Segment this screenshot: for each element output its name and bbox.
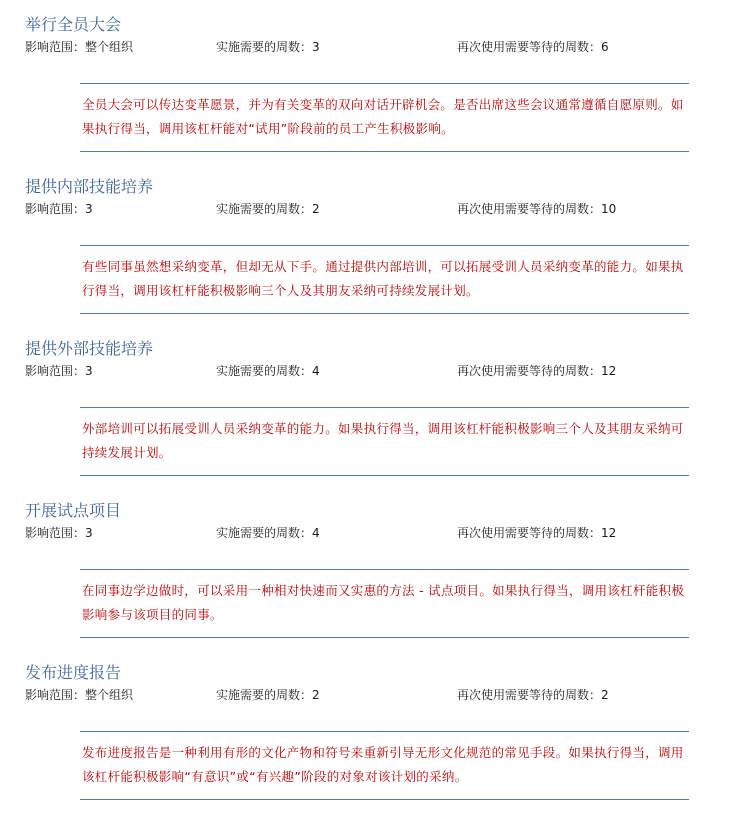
lever-title: 举行全员大会	[25, 15, 121, 35]
scope-field: 影响范围：整个组织	[25, 686, 133, 704]
impl-weeks-value: 2	[312, 688, 320, 702]
impl-weeks-value: 4	[312, 364, 320, 378]
lever-section-internal-training: 提供内部技能培养 影响范围：3 实施需要的周数：2 再次使用需要等待的周数：10…	[0, 162, 737, 324]
scope-value: 3	[85, 364, 93, 378]
lever-description: 外部培训可以拓展受训人员采纳变革的能力。如果执行得当，调用该杠杆能积极影响三个人…	[82, 417, 688, 465]
lever-section-pilot-project: 开展试点项目 影响范围：3 实施需要的周数：4 再次使用需要等待的周数：12 在…	[0, 486, 737, 648]
scope-value: 3	[85, 202, 93, 216]
lever-section-progress-report: 发布进度报告 影响范围：整个组织 实施需要的周数：2 再次使用需要等待的周数：2…	[0, 648, 737, 810]
divider-bottom	[80, 799, 689, 800]
lever-title: 开展试点项目	[25, 501, 121, 521]
impl-weeks-field: 实施需要的周数：4	[216, 362, 320, 380]
lever-meta: 影响范围：3 实施需要的周数：2 再次使用需要等待的周数：10	[0, 200, 737, 218]
divider-top	[80, 731, 689, 732]
divider-top	[80, 83, 689, 84]
scope-label: 影响范围：	[25, 40, 85, 54]
wait-weeks-label: 再次使用需要等待的周数：	[457, 688, 601, 702]
wait-weeks-value: 12	[601, 526, 616, 540]
impl-weeks-value: 3	[312, 40, 320, 54]
wait-weeks-label: 再次使用需要等待的周数：	[457, 526, 601, 540]
lever-description: 在同事边学边做时，可以采用一种相对快速而又实惠的方法 - 试点项目。如果执行得当…	[82, 579, 688, 627]
scope-label: 影响范围：	[25, 526, 85, 540]
wait-weeks-field: 再次使用需要等待的周数：12	[457, 362, 616, 380]
divider-bottom	[80, 151, 689, 152]
lever-description: 全员大会可以传达变革愿景，并为有关变革的双向对话开辟机会。是否出席这些会议通常遵…	[82, 93, 688, 141]
wait-weeks-field: 再次使用需要等待的周数：6	[457, 38, 609, 56]
divider-bottom	[80, 637, 689, 638]
lever-meta: 影响范围：整个组织 实施需要的周数：3 再次使用需要等待的周数：6	[0, 38, 737, 56]
scope-value: 整个组织	[85, 688, 133, 702]
lever-section-all-hands: 举行全员大会 影响范围：整个组织 实施需要的周数：3 再次使用需要等待的周数：6…	[0, 0, 737, 162]
divider-top	[80, 245, 689, 246]
wait-weeks-value: 2	[601, 688, 609, 702]
lever-description: 发布进度报告是一种利用有形的文化产物和符号来重新引导无形文化规范的常见手段。如果…	[82, 741, 688, 789]
scope-field: 影响范围：3	[25, 524, 93, 542]
scope-field: 影响范围：3	[25, 200, 93, 218]
scope-label: 影响范围：	[25, 202, 85, 216]
divider-top	[80, 569, 689, 570]
impl-weeks-label: 实施需要的周数：	[216, 688, 312, 702]
wait-weeks-field: 再次使用需要等待的周数：10	[457, 200, 616, 218]
lever-title: 发布进度报告	[25, 663, 121, 683]
wait-weeks-label: 再次使用需要等待的周数：	[457, 202, 601, 216]
scope-label: 影响范围：	[25, 688, 85, 702]
divider-bottom	[80, 475, 689, 476]
wait-weeks-field: 再次使用需要等待的周数：2	[457, 686, 609, 704]
wait-weeks-label: 再次使用需要等待的周数：	[457, 364, 601, 378]
impl-weeks-label: 实施需要的周数：	[216, 40, 312, 54]
scope-field: 影响范围：整个组织	[25, 38, 133, 56]
scope-field: 影响范围：3	[25, 362, 93, 380]
lever-meta: 影响范围：3 实施需要的周数：4 再次使用需要等待的周数：12	[0, 362, 737, 380]
divider-bottom	[80, 313, 689, 314]
wait-weeks-field: 再次使用需要等待的周数：12	[457, 524, 616, 542]
impl-weeks-label: 实施需要的周数：	[216, 364, 312, 378]
lever-meta: 影响范围：整个组织 实施需要的周数：2 再次使用需要等待的周数：2	[0, 686, 737, 704]
divider-top	[80, 407, 689, 408]
lever-description: 有些同事虽然想采纳变革，但却无从下手。通过提供内部培训，可以拓展受训人员采纳变革…	[82, 255, 688, 303]
lever-title: 提供内部技能培养	[25, 177, 153, 197]
impl-weeks-value: 2	[312, 202, 320, 216]
lever-title: 提供外部技能培养	[25, 339, 153, 359]
impl-weeks-value: 4	[312, 526, 320, 540]
wait-weeks-value: 6	[601, 40, 609, 54]
impl-weeks-label: 实施需要的周数：	[216, 526, 312, 540]
impl-weeks-field: 实施需要的周数：3	[216, 38, 320, 56]
lever-section-external-training: 提供外部技能培养 影响范围：3 实施需要的周数：4 再次使用需要等待的周数：12…	[0, 324, 737, 486]
wait-weeks-label: 再次使用需要等待的周数：	[457, 40, 601, 54]
impl-weeks-label: 实施需要的周数：	[216, 202, 312, 216]
wait-weeks-value: 12	[601, 364, 616, 378]
impl-weeks-field: 实施需要的周数：4	[216, 524, 320, 542]
lever-meta: 影响范围：3 实施需要的周数：4 再次使用需要等待的周数：12	[0, 524, 737, 542]
impl-weeks-field: 实施需要的周数：2	[216, 200, 320, 218]
scope-value: 整个组织	[85, 40, 133, 54]
impl-weeks-field: 实施需要的周数：2	[216, 686, 320, 704]
scope-value: 3	[85, 526, 93, 540]
wait-weeks-value: 10	[601, 202, 616, 216]
scope-label: 影响范围：	[25, 364, 85, 378]
